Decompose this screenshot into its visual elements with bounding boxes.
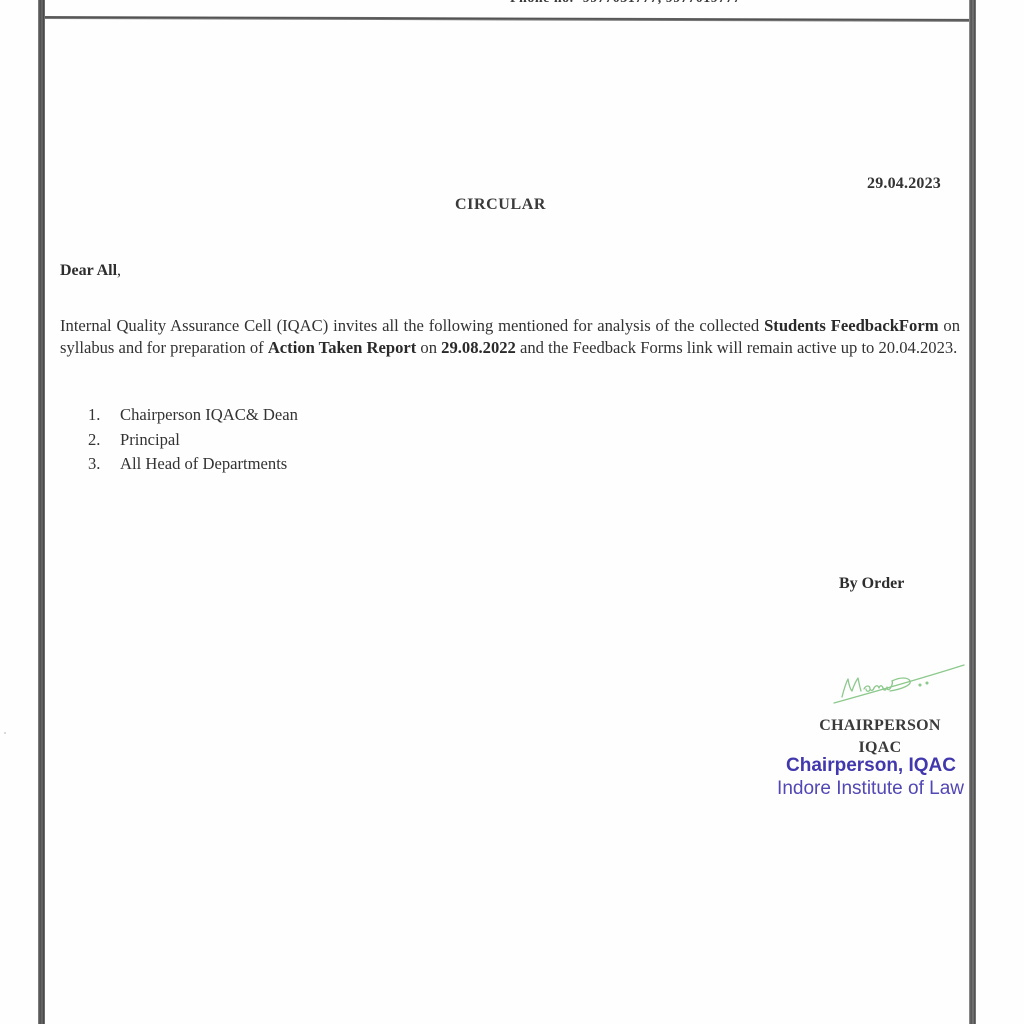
scanned-document-page: Phone no.- 9977031777, 9977019777 29.04.… bbox=[0, 0, 1024, 1024]
official-stamp: Chairperson, IQAC Indore Institute of La… bbox=[760, 755, 970, 801]
recipient-item: 3. All Head of Departments bbox=[88, 452, 298, 477]
handwritten-signature bbox=[830, 655, 970, 705]
salutation: Dear All, bbox=[60, 262, 121, 280]
signatory-title: CHAIRPERSON IQAC bbox=[780, 715, 980, 759]
circular-date: 29.04.2023 bbox=[867, 175, 941, 193]
page-border-left bbox=[38, 0, 45, 1024]
recipient-number: 3. bbox=[88, 452, 120, 477]
recipient-item: 1. Chairperson IQAC& Dean bbox=[88, 403, 298, 428]
recipient-number: 2. bbox=[88, 428, 120, 453]
recipient-list: 1. Chairperson IQAC& Dean 2. Principal 3… bbox=[88, 403, 298, 477]
body-bold-date: 29.08.2022 bbox=[441, 338, 516, 357]
stamp-line-chairperson: Chairperson, IQAC bbox=[760, 755, 970, 777]
recipient-label: All Head of Departments bbox=[120, 452, 287, 477]
recipient-label: Chairperson IQAC& Dean bbox=[120, 403, 298, 428]
recipient-label: Principal bbox=[120, 428, 180, 453]
stamp-line-institute: Indore Institute of Law bbox=[760, 777, 970, 801]
circular-title: CIRCULAR bbox=[455, 196, 546, 214]
body-text-1: Internal Quality Assurance Cell (IQAC) i… bbox=[60, 316, 764, 335]
body-bold-feedback-form: Students FeedbackForm bbox=[764, 316, 938, 335]
recipient-item: 2. Principal bbox=[88, 428, 298, 453]
recipient-number: 1. bbox=[88, 403, 120, 428]
body-text-3: on bbox=[416, 338, 441, 357]
body-bold-action-taken-report: Action Taken Report bbox=[268, 338, 416, 357]
scan-speck bbox=[4, 732, 6, 734]
salutation-text: Dear All bbox=[60, 262, 117, 279]
circular-body: Internal Quality Assurance Cell (IQAC) i… bbox=[60, 315, 960, 359]
closing-by-order: By Order bbox=[839, 575, 904, 593]
salutation-comma: , bbox=[117, 262, 121, 279]
signatory-title-line1: CHAIRPERSON bbox=[780, 715, 980, 737]
body-text-4: and the Feedback Forms link will remain … bbox=[516, 338, 958, 357]
header-phone-numbers: Phone no.- 9977031777, 9977019777 bbox=[510, 0, 741, 7]
letterhead-divider bbox=[45, 16, 969, 22]
page-border-right bbox=[969, 0, 976, 1024]
